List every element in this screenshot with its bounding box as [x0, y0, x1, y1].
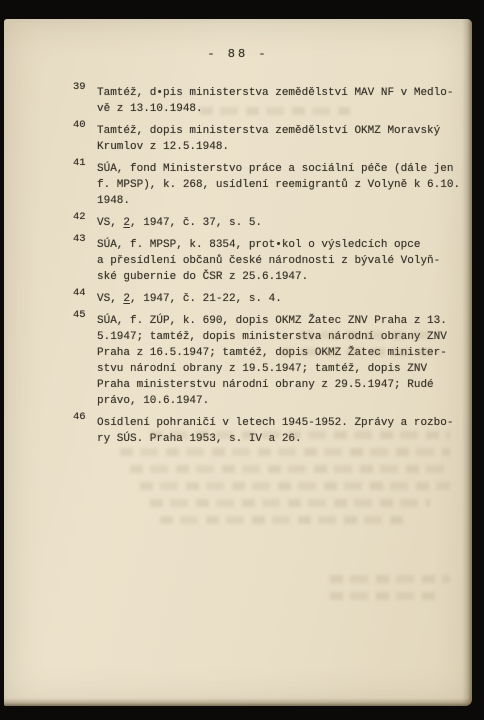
page-number: - 88 - [4, 47, 472, 61]
footnote-text: SÚA, f. MPSP, k. 8354, prot•kol o výsled… [97, 237, 469, 285]
footnote-text: VS, 2, 1947, č. 21-22, s. 4. [97, 291, 469, 307]
bleed-through-text [120, 448, 450, 456]
footnote-text: SÚA, fond Ministerstvo práce a sociální … [97, 161, 469, 209]
footnote-item: 42VS, 2, 1947, č. 37, s. 5. [97, 215, 469, 231]
footnote-line: f. MPSP), k. 268, usídlení reemigrantů z… [97, 177, 469, 193]
footnote-line: SÚA, f. ZÚP, k. 690, dopis OKMZ Žatec ZN… [97, 313, 469, 329]
footnote-line: Tamtéž, d•pis ministerstva zemědělství M… [97, 85, 469, 101]
footnote-item: 45SÚA, f. ZÚP, k. 690, dopis OKMZ Žatec … [97, 313, 469, 409]
footnote-text: Tamtéž, dopis ministerstva zemědělství O… [97, 123, 469, 155]
footnote-item: 40Tamtéž, dopis ministerstva zemědělství… [97, 123, 469, 155]
footnote-item: 43SÚA, f. MPSP, k. 8354, prot•kol o výsl… [97, 237, 469, 285]
footnote-line: Krumlov z 12.5.1948. [97, 139, 469, 155]
footnote-line: ské gubernie do ČSR z 25.6.1947. [97, 269, 469, 285]
footnote-number: 46 [73, 411, 93, 423]
footnote-line: právo, 10.6.1947. [97, 393, 469, 409]
bleed-through-text [300, 331, 440, 339]
page-edge-right [462, 19, 472, 706]
footnote-text: SÚA, f. ZÚP, k. 690, dopis OKMZ Žatec ZN… [97, 313, 469, 409]
bleed-through-text [150, 499, 430, 507]
footnote-line: stvu národní obrany z 19.5.1947; tamtéž,… [97, 361, 469, 377]
footnote-line: SÚA, f. MPSP, k. 8354, prot•kol o výsled… [97, 237, 469, 253]
footnote-line: 1948. [97, 193, 469, 209]
bleed-through-text [200, 107, 350, 115]
footnote-line: Osídlení pohraničí v letech 1945-1952. Z… [97, 415, 469, 431]
paper-page: - 88 - 39Tamtéž, d•pis ministerstva země… [4, 19, 472, 706]
bleed-through-text [150, 431, 450, 439]
footnote-item: 44VS, 2, 1947, č. 21-22, s. 4. [97, 291, 469, 307]
footnote-number: 40 [73, 119, 93, 131]
footnote-line: a přesídlení občanů české národnosti z b… [97, 253, 469, 269]
bleed-through-text [330, 575, 450, 583]
page-edge-bottom [4, 698, 472, 706]
bleed-through-text [140, 482, 450, 490]
footnote-text: VS, 2, 1947, č. 37, s. 5. [97, 215, 469, 231]
footnote-line: Tamtéž, dopis ministerstva zemědělství O… [97, 123, 469, 139]
scan-background: - 88 - 39Tamtéž, d•pis ministerstva země… [0, 0, 484, 720]
bleed-through-text [330, 592, 440, 600]
footnote-line: Praha ministerstvu národní obrany z 29.5… [97, 377, 469, 393]
bleed-through-text [130, 465, 450, 473]
footnote-number: 44 [73, 287, 93, 299]
footnote-number: 42 [73, 211, 93, 223]
bleed-through-text [280, 348, 440, 356]
bleed-through-text [160, 516, 410, 524]
footnote-number: 39 [73, 81, 93, 93]
footnote-list: 39Tamtéž, d•pis ministerstva zemědělství… [97, 85, 469, 453]
footnote-line: VS, 2, 1947, č. 37, s. 5. [97, 215, 469, 231]
footnote-line: VS, 2, 1947, č. 21-22, s. 4. [97, 291, 469, 307]
footnote-number: 43 [73, 233, 93, 245]
footnote-number: 41 [73, 157, 93, 169]
footnote-number: 45 [73, 309, 93, 321]
footnote-item: 41SÚA, fond Ministerstvo práce a sociáln… [97, 161, 469, 209]
footnote-line: SÚA, fond Ministerstvo práce a sociální … [97, 161, 469, 177]
